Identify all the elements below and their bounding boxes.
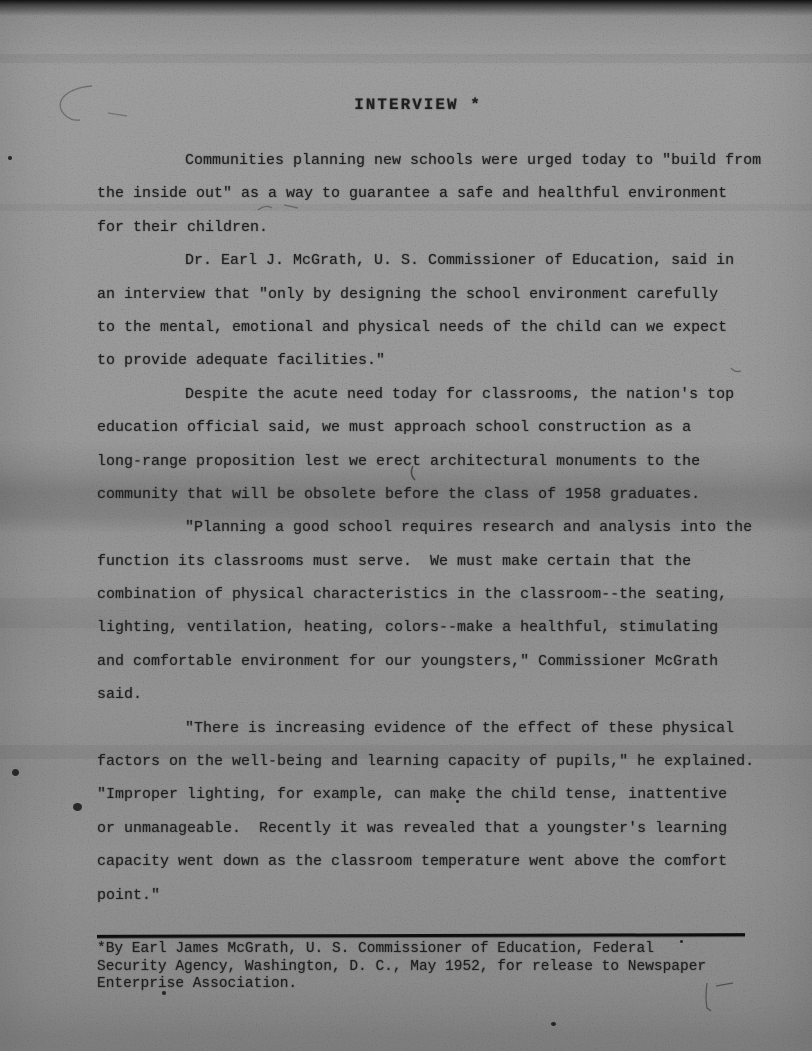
document-title: INTERVIEW * — [0, 96, 812, 114]
scan-streak — [0, 54, 812, 63]
paragraph: Dr. Earl J. McGrath, U. S. Commissioner … — [97, 244, 787, 378]
ink-speck — [12, 769, 19, 776]
text-line: and comfortable environment for our youn… — [97, 645, 787, 678]
scanned-document-page: INTERVIEW * Communities planning new sch… — [0, 0, 812, 1051]
text-line: community that will be obsolete before t… — [97, 478, 787, 511]
paragraph: "Planning a good school requires researc… — [97, 511, 787, 711]
footnote-rule — [97, 933, 745, 938]
footnote-line: Security Agency, Washington, D. C., May … — [97, 959, 757, 977]
paragraph: Despite the acute need today for classro… — [97, 378, 787, 512]
text-line: long-range proposition lest we erect arc… — [97, 445, 787, 478]
text-line: to provide adequate facilities." — [97, 344, 787, 377]
footnote-line: *By Earl James McGrath, U. S. Commission… — [97, 941, 757, 959]
text-line: Despite the acute need today for classro… — [97, 378, 787, 411]
text-line: to the mental, emotional and physical ne… — [97, 311, 787, 344]
text-line: "There is increasing evidence of the eff… — [97, 712, 787, 745]
ink-speck — [162, 991, 166, 995]
paragraph: "There is increasing evidence of the eff… — [97, 712, 787, 912]
text-line: capacity went down as the classroom temp… — [97, 845, 787, 878]
text-line: education official said, we must approac… — [97, 411, 787, 444]
text-line: combination of physical characteristics … — [97, 578, 787, 611]
ink-speck — [680, 940, 683, 943]
ink-speck — [456, 800, 459, 803]
text-line: for their children. — [97, 211, 787, 244]
text-line: factors on the well-being and learning c… — [97, 745, 787, 778]
document-body: Communities planning new schools were ur… — [97, 144, 787, 912]
text-line: "Planning a good school requires researc… — [97, 511, 787, 544]
text-line: "Improper lighting, for example, can mak… — [97, 778, 787, 811]
text-line: or unmanageable. Recently it was reveale… — [97, 812, 787, 845]
text-line: said. — [97, 678, 787, 711]
ink-speck — [73, 803, 82, 811]
text-line: lighting, ventilation, heating, colors--… — [97, 611, 787, 644]
text-line: the inside out" as a way to guarantee a … — [97, 177, 787, 210]
text-line: function its classrooms must serve. We m… — [97, 545, 787, 578]
ink-speck — [8, 156, 12, 160]
text-line: Dr. Earl J. McGrath, U. S. Commissioner … — [97, 244, 787, 277]
text-line: an interview that "only by designing the… — [97, 278, 787, 311]
text-line: point." — [97, 879, 787, 912]
footnote-line: Enterprise Association. — [97, 976, 757, 994]
text-line: Communities planning new schools were ur… — [97, 144, 787, 177]
paragraph: Communities planning new schools were ur… — [97, 144, 787, 244]
footnote: *By Earl James McGrath, U. S. Commission… — [97, 934, 757, 994]
ink-speck — [551, 1022, 556, 1026]
